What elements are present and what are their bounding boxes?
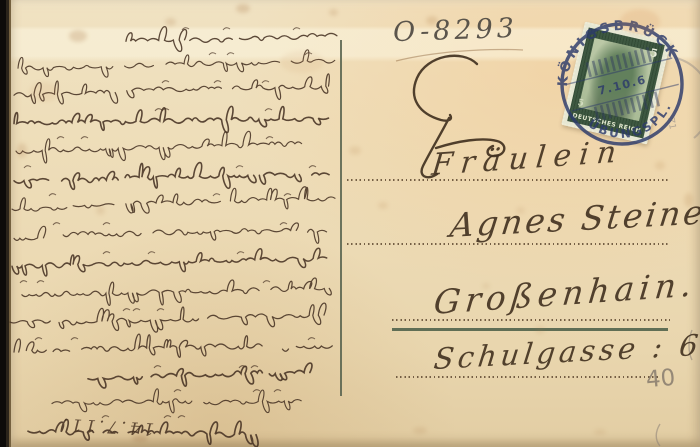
- center-divider-line: [340, 40, 342, 396]
- stamp-frame: 5 5 DEUTSCHES REICH: [567, 27, 665, 138]
- stamp-germania-figure: [579, 38, 655, 121]
- address-dotted-line-1: [347, 179, 669, 181]
- postcard-scan: { "annotations": { "postal_code": "O-829…: [0, 0, 700, 447]
- address-underline-solid: [392, 328, 668, 331]
- address-dotted-line-4: [396, 376, 658, 378]
- stamp-denomination: 5: [649, 46, 659, 60]
- collector-number: 40: [645, 365, 676, 393]
- address-dotted-line-2: [347, 243, 669, 245]
- scan-edge-strip: [0, 0, 11, 447]
- postal-code-annotation: O-8293: [392, 13, 518, 48]
